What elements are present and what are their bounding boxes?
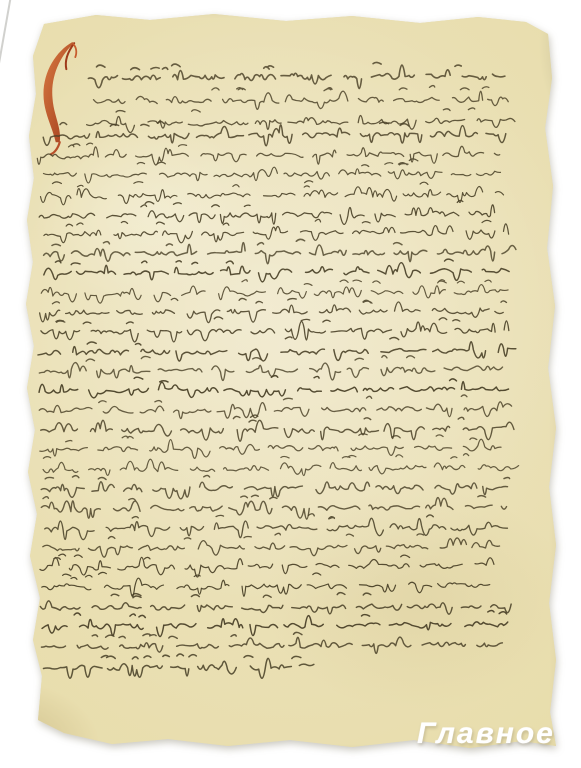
handwriting-line (87, 108, 515, 133)
handwriting-line (44, 259, 509, 283)
handwriting-line (88, 62, 505, 90)
handwriting-line (40, 592, 511, 617)
handwriting-line (41, 315, 509, 342)
handwriting-line (37, 141, 500, 166)
handwriting-line (43, 532, 500, 557)
handwriting-line (40, 433, 501, 459)
handwriting-line (42, 610, 508, 637)
handwriting-line (41, 414, 514, 443)
handwriting-line (41, 278, 508, 303)
handwriting-line (39, 374, 509, 398)
handwriting-line (39, 395, 512, 420)
handwriting-line (40, 552, 494, 578)
handwriting-line (38, 336, 516, 362)
handwriting-line (42, 570, 490, 597)
handwriting-line (41, 473, 510, 499)
handwriting-line (45, 513, 508, 540)
handwriting-line (44, 218, 509, 243)
handwriting-line (41, 494, 506, 521)
manuscript-photo: Главное (0, 0, 581, 768)
handwriting-line (41, 631, 502, 655)
handwriting-line (39, 200, 495, 226)
handwriting-line (43, 453, 519, 477)
handwriting-line (43, 158, 500, 183)
handwriting-ink-layer (0, 0, 581, 768)
handwriting-line (93, 85, 508, 110)
red-initial-letter (43, 42, 77, 154)
handwriting-line (40, 180, 503, 205)
watermark-link-glavnoe[interactable]: Главное (417, 717, 555, 751)
handwriting-line (40, 297, 507, 324)
handwriting-line (43, 653, 314, 679)
